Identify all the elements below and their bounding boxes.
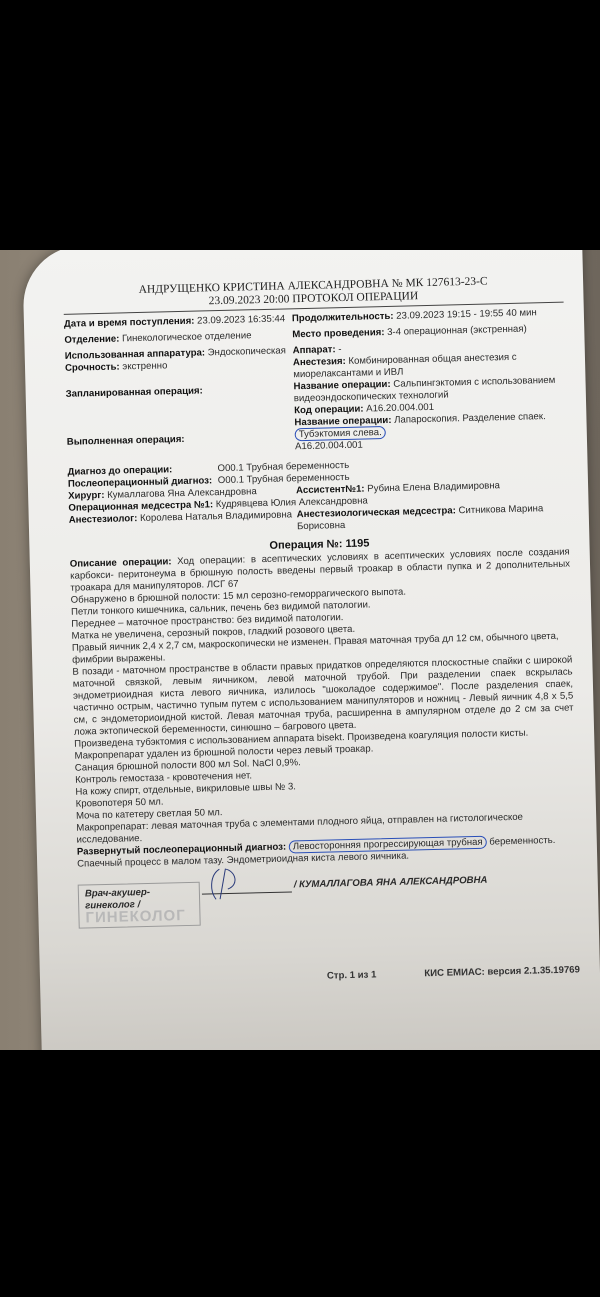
system-version: КИС ЕМИАС: версия 2.1.35.19769 bbox=[424, 964, 580, 980]
performed-operation: Название операции: Лапароскопия. Разделе… bbox=[294, 411, 567, 454]
handwritten-highlight: Тубэктомия слева. bbox=[295, 426, 386, 441]
page-footer: Стр. 1 из 1 КИС ЕМИАС: версия 2.1.35.197… bbox=[80, 964, 580, 988]
anesthesiologist-field: Анестезиолог: Королева Наталья Владимиро… bbox=[69, 509, 298, 539]
paper-sheet: АНДРУЩЕНКО КРИСТИНА АЛЕКСАНДРОВНА № МК 1… bbox=[22, 250, 600, 1050]
protocol-content: АНДРУЩЕНКО КРИСТИНА АЛЕКСАНДРОВНА № МК 1… bbox=[63, 274, 580, 989]
signature-line bbox=[202, 879, 292, 894]
performed-operation-label: Выполненная операция: bbox=[67, 434, 185, 448]
signature-icon bbox=[205, 865, 246, 906]
doctor-name: / КУМАЛЛАГОВА ЯНА АЛЕКСАНДРОВНА bbox=[294, 875, 488, 892]
operation-description: Описание операции: Ход операции: в асепт… bbox=[70, 547, 577, 871]
document-photo: АНДРУЩЕНКО КРИСТИНА АЛЕКСАНДРОВНА № МК 1… bbox=[0, 250, 600, 1050]
signature-block: Врач-акушер-гинеколог / ГИНЕКОЛОГ / КУМА… bbox=[78, 872, 579, 928]
stamp: Врач-акушер-гинеколог / ГИНЕКОЛОГ bbox=[78, 882, 201, 929]
page-number: Стр. 1 из 1 bbox=[327, 969, 377, 982]
